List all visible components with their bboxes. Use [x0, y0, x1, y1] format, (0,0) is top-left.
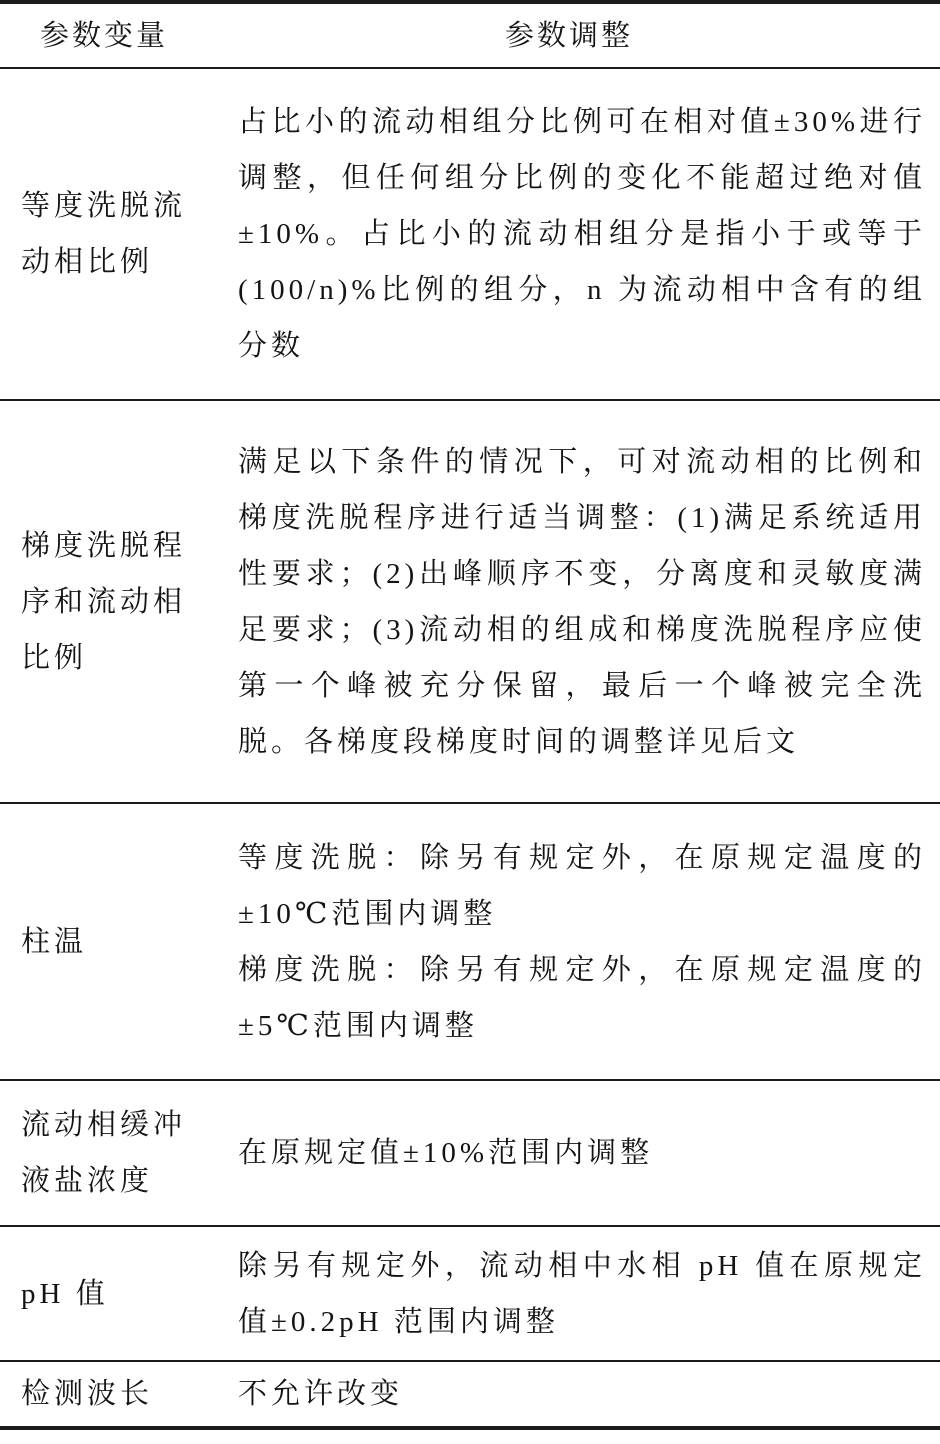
parameter-adjustment-table: 参数变量 参数调整 等度洗脱流动相比例 占比小的流动相组分比例可在相对值±30%…: [0, 0, 940, 1430]
adjustment-paragraph: 等度洗脱：除另有规定外，在原规定温度的±10℃范围内调整: [238, 830, 926, 942]
param-cell: 梯度洗脱程序和流动相比例: [0, 401, 196, 804]
adjustment-paragraph: 除另有规定外，流动相中水相 pH 值在原规定值±0.2pH 范围内调整: [238, 1238, 926, 1350]
table-row-column-temperature: 柱温 等度洗脱：除另有规定外，在原规定温度的±10℃范围内调整 梯度洗脱：除另有…: [0, 804, 940, 1081]
table-row-gradient-program: 梯度洗脱程序和流动相比例 满足以下条件的情况下，可对流动相的比例和梯度洗脱程序进…: [0, 401, 940, 804]
param-cell: 等度洗脱流动相比例: [0, 69, 196, 401]
adjustment-paragraph: 梯度洗脱：除另有规定外，在原规定温度的±5℃范围内调整: [238, 942, 926, 1054]
param-cell: 流动相缓冲液盐浓度: [0, 1081, 196, 1227]
table-row-isocratic-ratio: 等度洗脱流动相比例 占比小的流动相组分比例可在相对值±30%进行调整，但任何组分…: [0, 69, 940, 401]
adjustment-cell: 占比小的流动相组分比例可在相对值±30%进行调整，但任何组分比例的变化不能超过绝…: [196, 69, 940, 401]
adjustment-paragraph: 占比小的流动相组分比例可在相对值±30%进行调整，但任何组分比例的变化不能超过绝…: [238, 94, 926, 374]
adjustment-paragraph: 在原规定值±10%范围内调整: [238, 1125, 926, 1181]
header-param-variable: 参数变量: [0, 4, 196, 69]
adjustment-cell: 不允许改变: [196, 1362, 940, 1426]
adjustment-cell: 等度洗脱：除另有规定外，在原规定温度的±10℃范围内调整 梯度洗脱：除另有规定外…: [196, 804, 940, 1081]
param-cell: 柱温: [0, 804, 196, 1081]
adjustment-paragraph: 满足以下条件的情况下，可对流动相的比例和梯度洗脱程序进行适当调整：(1)满足系统…: [238, 434, 926, 770]
adjustment-cell: 除另有规定外，流动相中水相 pH 值在原规定值±0.2pH 范围内调整: [196, 1227, 940, 1362]
table-row-buffer-salt-concentration: 流动相缓冲液盐浓度 在原规定值±10%范围内调整: [0, 1081, 940, 1227]
adjustment-cell: 满足以下条件的情况下，可对流动相的比例和梯度洗脱程序进行适当调整：(1)满足系统…: [196, 401, 940, 804]
adjustment-paragraph: 不允许改变: [238, 1366, 926, 1422]
param-cell: pH 值: [0, 1227, 196, 1362]
param-cell: 检测波长: [0, 1362, 196, 1426]
table-header-row: 参数变量 参数调整: [0, 4, 940, 69]
table-row-detection-wavelength: 检测波长 不允许改变: [0, 1362, 940, 1426]
header-param-adjustment: 参数调整: [196, 4, 940, 69]
table-row-ph-value: pH 值 除另有规定外，流动相中水相 pH 值在原规定值±0.2pH 范围内调整: [0, 1227, 940, 1362]
adjustment-cell: 在原规定值±10%范围内调整: [196, 1081, 940, 1227]
